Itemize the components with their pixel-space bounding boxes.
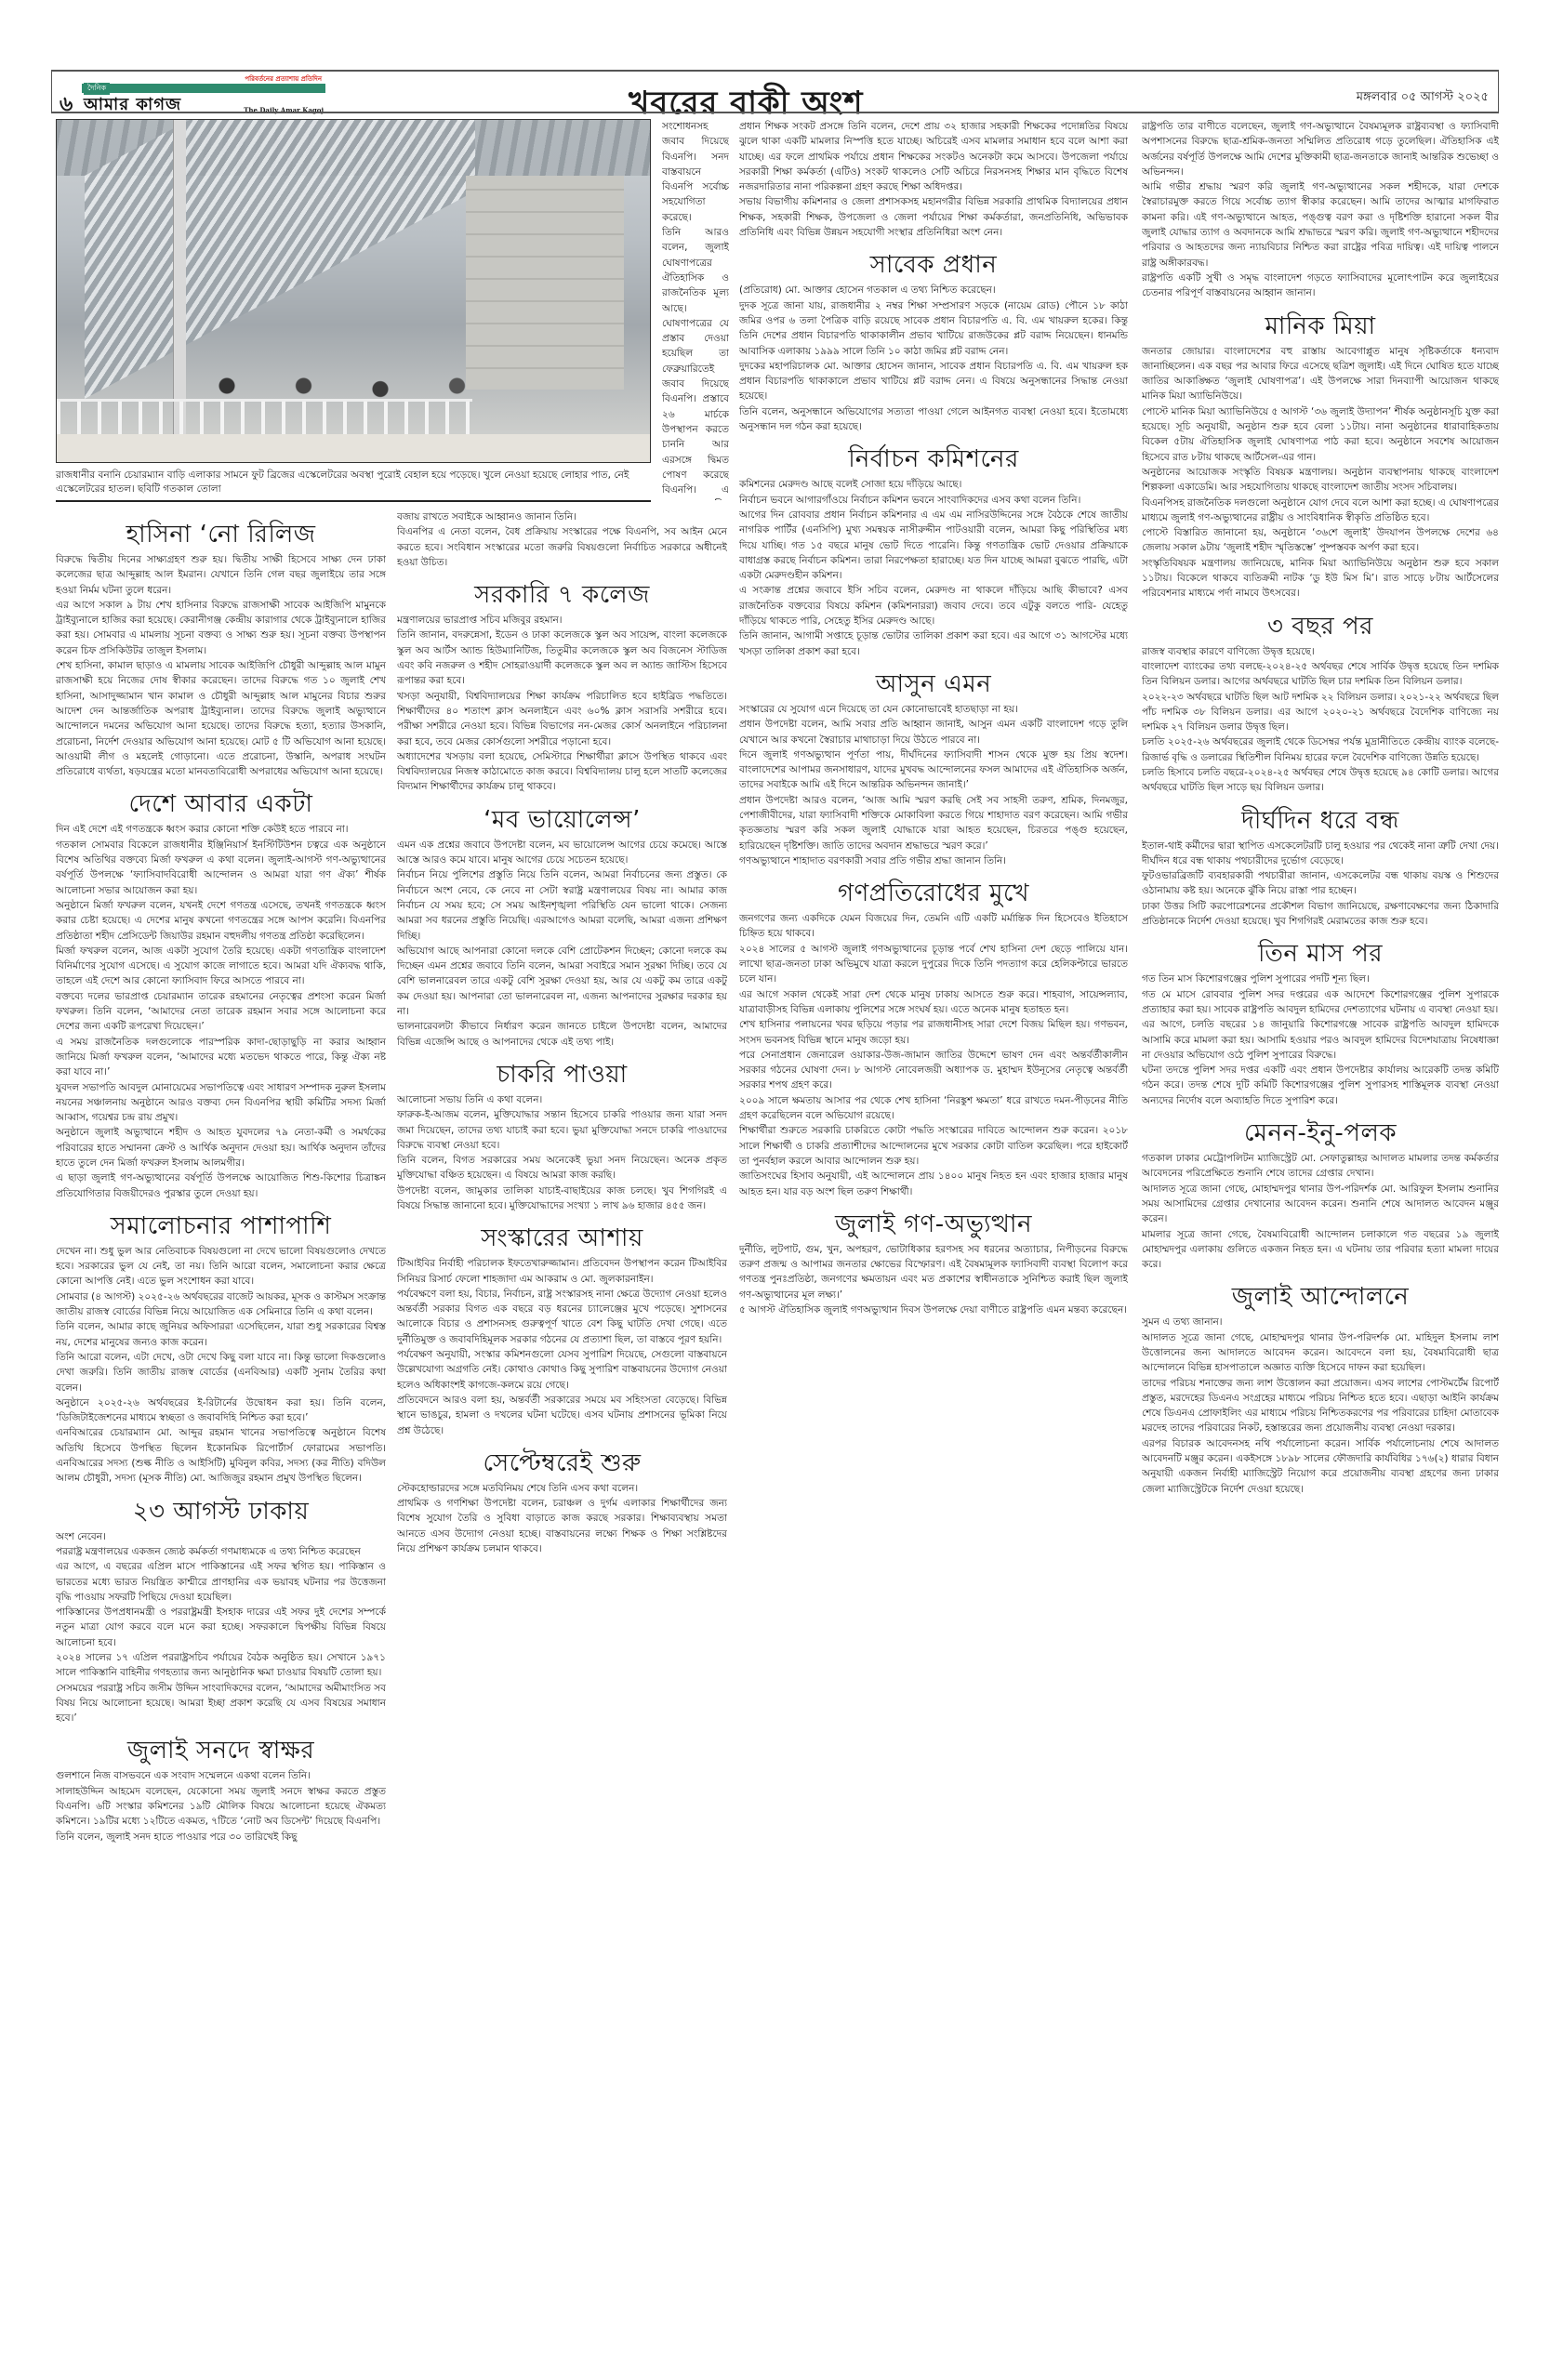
article-paragraph: (প্রতিরোধ) মো. আক্তার হোসেন গতকাল এ তথ্য… (739, 283, 1128, 297)
article-subheading: সরকারি ৭ কলেজ (397, 579, 727, 611)
article-paragraph: এ ছাড়া জুলাই গণ-অভ্যুত্থানের বর্ষপূর্তি… (56, 1170, 386, 1201)
article-paragraph: ফারুক-ই-আজম বলেন, মুক্তিযোদ্ধার সন্তান হ… (397, 1107, 727, 1153)
article-subheading: ‘মব ভায়োলেন্স’ (397, 804, 727, 836)
article-paragraph: সভায় বিভাগীয় কমিশনার ও জেলা প্রশাসকসহ … (739, 194, 1128, 240)
article-subheading: চাকরি পাওয়া (397, 1059, 727, 1091)
article-paragraph: রাষ্ট্রপতি তার বাণীতে বলেছেন, জুলাই গণ-অ… (1142, 119, 1499, 179)
article-paragraph: তিনি জানান, আগামী সপ্তাহে চূড়ান্ত ভোটার… (739, 628, 1128, 659)
article-paragraph: বিএনপিসহ রাজনৈতিক দলগুলো অনুষ্ঠানে যোগ দ… (1142, 496, 1499, 526)
article-paragraph: যুবদল সভাপতি আবদুল মোনায়েমের সভাপতিত্বে… (56, 1080, 386, 1126)
article-paragraph: পররাষ্ট্র মন্ত্রণালয়ের একজন জ্যেষ্ঠ কর্… (56, 1544, 386, 1559)
article-section: গণপ্রতিরোধের মুখেজনগণের জন্য একদিকে যেমন… (739, 878, 1128, 1199)
article-paragraph: অনুষ্ঠানের আয়োজক সংস্কৃতি বিষয়ক মন্ত্র… (1142, 465, 1499, 496)
article-subheading: মেনন-ইনু-পলক (1142, 1117, 1499, 1149)
article-paragraph: অংশ নেবেন। (56, 1529, 386, 1544)
article-paragraph: অনুষ্ঠানে ২০২৫-২৬ অর্থবছরের ই-রিটার্নের … (56, 1395, 386, 1426)
article-paragraph: পরে সেনাপ্রধান জেনারেল ওয়াকার-উজ-জামান … (739, 1048, 1128, 1093)
masthead: ৬ দৈনিক পরিবর্তনের প্রত্যাশায় প্রতিদিন … (51, 70, 1499, 112)
article-paragraph: দুদকের মহাপরিচালক মো. আক্তার হোসেন জানান… (739, 359, 1128, 404)
article-paragraph: এর আগে, চলতি বছরের ১৪ জানুয়ারি কিশোরগঞ্… (1142, 1017, 1499, 1063)
article-paragraph: মন্ত্রণালয়ের ভারপ্রাপ্ত সচিব মজিবুর রহম… (397, 613, 727, 628)
article-section: সরকারি ৭ কলেজমন্ত্রণালয়ের ভারপ্রাপ্ত সচ… (397, 579, 727, 795)
article-section: দীর্ঘদিন ধরে বন্ধইতাল-থাই কর্মীদের দ্বার… (1142, 805, 1499, 930)
article-paragraph: জনতার জোয়ার। বাংলাদেশের বহু রাস্তায় আব… (1142, 344, 1499, 404)
article-paragraph: চলতি হিসাবে চলতি বছরে-২০২৪-২৫ অর্থবছর শে… (1142, 765, 1499, 796)
article-paragraph: সেসময়ের পররাষ্ট্র সচিব জসীম উদ্দিন সাংব… (56, 1681, 386, 1726)
article-subheading: হাসিনা ‘নো রিলিজ (56, 519, 386, 550)
article-paragraph: বক্তব্যে দলের ভারপ্রাপ্ত চেয়ারম্যান তার… (56, 989, 386, 1035)
article-section: হাসিনা ‘নো রিলিজবিরুদ্ধে দ্বিতীয় দিনের … (56, 519, 386, 779)
article-section: ৩ বছর পররাজস্ব ব্যবস্থার কারণে বাণিজ্যে … (1142, 611, 1499, 796)
article-section: আসুন এমনসংস্কারের যে সুযোগ এনে দিয়েছে ত… (739, 668, 1128, 868)
article-paragraph: সোমবার (৪ আগস্ট) ২০২৫-২৬ অর্থবছরের বাজেট… (56, 1289, 386, 1320)
article-paragraph: দুর্নীতি, লুটপাট, গুম, খুন, অপহরণ, ভোটাধ… (739, 1242, 1128, 1302)
article-subheading: গণপ্রতিরোধের মুখে (739, 878, 1128, 909)
article-paragraph: চলতি ২০২৫-২৬ অর্থবছরের জুলাই থেকে ডিসেম্… (1142, 734, 1499, 765)
article-paragraph: দিন এই দেশে এই গণতন্ত্রকে ধ্বংস করার কোন… (56, 822, 386, 837)
article-paragraph: তিনি বলেন, অনুসন্ধানে অভিযোগের সত্যতা পা… (739, 404, 1128, 435)
article-paragraph: এমন এক প্রশ্নের জবাবে উপদেষ্টা বলেন, মব … (397, 838, 727, 868)
article-paragraph: মামলার সূত্রে জানা গেছে, বৈষম্যবিরোধী আন… (1142, 1227, 1499, 1273)
article-paragraph: পাকিস্তানের উপপ্রধানমন্ত্রী ও পররাষ্ট্রম… (56, 1605, 386, 1650)
article-paragraph: স্টেকহোল্ডারদের সঙ্গে মতবিনিময় শেষে তিন… (397, 1481, 727, 1496)
article-paragraph: প্রধান উপদেষ্টা বলেন, আমি সবার প্রতি আহ্… (739, 717, 1128, 747)
article-section: ২৩ আগস্ট ঢাকায়অংশ নেবেন।পররাষ্ট্র মন্ত্… (56, 1496, 386, 1726)
article-paragraph: অনুষ্ঠানে মির্জা ফখরুল বলেন, যখনই দেশে গ… (56, 898, 386, 944)
article-paragraph: পর্যবেক্ষণে বলা হয়, বিচার, নির্বাচন, রা… (397, 1287, 727, 1347)
column-2-beside-photo: সংশোধনসহ জবাব দিয়েছে বিএনপি। সনদ বাস্তব… (662, 119, 729, 500)
article-subheading: সেপ্টেম্বরেই শুরু (397, 1448, 727, 1479)
article-paragraph: প্রতিবেদনে আরও বলা হয়, অন্তর্বর্তী সরকা… (397, 1393, 727, 1438)
article-section: জুলাই গণ-অভ্যুত্থানদুর্নীতি, লুটপাট, গুম… (739, 1209, 1128, 1317)
article-section: মেনন-ইনু-পলকগতকাল ঢাকার মেট্রোপলিটন ম্যা… (1142, 1117, 1499, 1272)
article-paragraph: গতকাল সোমবার বিকেলে রাজধানীর ইঞ্জিনিয়ার… (56, 838, 386, 898)
article-paragraph: তিনি বলেন, আমার কাছে জুনিয়র অফিসাররা এস… (56, 1319, 386, 1350)
article-subheading: নির্বাচন কমিশনের (739, 443, 1128, 475)
article-paragraph: ঢাকা উত্তর সিটি করপোরেশনের প্রকৌশল বিভাগ… (1142, 899, 1499, 930)
header-rule (51, 112, 1499, 113)
article-paragraph: নির্বাচন ভবনে আগারগাঁওয়ে নির্বাচন কমিশন… (739, 493, 1128, 508)
article-paragraph: পোস্টে বিস্তারিত জানানো হয়, অনুষ্ঠানে ‘… (1142, 525, 1499, 556)
article-paragraph: এরপর বিচারক আবেদনসহ নথি পর্যালোচনা করেন।… (1142, 1436, 1499, 1497)
article-paragraph: আগের দিন রোববার প্রধান নির্বাচন কমিশনার … (739, 508, 1128, 583)
page-date: মঙ্গলবার ০৫ আগস্ট ২০২৫ (1357, 88, 1489, 108)
article-paragraph: নির্বাচন নিয়ে পুলিশের প্রস্তুতি নিয়ে ত… (397, 867, 727, 943)
page-number: ৬ (60, 88, 73, 123)
article-subheading: সাবেক প্রধান (739, 249, 1128, 281)
article-paragraph: অনুষ্ঠানে জুলাই অভ্যুত্থানে শহীদ ও আহত য… (56, 1125, 386, 1170)
article-paragraph: তিনি বলেন, জুলাই সনদ হাতে পাওয়ার পরে ৩০… (56, 1830, 386, 1844)
article-section: সাবেক প্রধান(প্রতিরোধ) মো. আক্তার হোসেন … (739, 249, 1128, 434)
article-subheading: সংস্কারের আশায় (397, 1223, 727, 1254)
article-paragraph: রাজস্ব ব্যবস্থার কারণে বাণিজ্যে উদ্বৃত্ত… (1142, 644, 1499, 659)
article-paragraph: টিআইবির নির্বাহী পরিচালক ইফতেখারুজ্জামান… (397, 1256, 727, 1287)
article-subheading: জুলাই আন্দোলনে (1142, 1281, 1499, 1313)
article-subheading: আসুন এমন (739, 668, 1128, 700)
article-section: সংস্কারের আশায়টিআইবির নির্বাহী পরিচালক … (397, 1223, 727, 1438)
article-section: মানিক মিয়াজনতার জোয়ার। বাংলাদেশের বহু … (1142, 311, 1499, 602)
article-paragraph: বিরুদ্ধে দ্বিতীয় দিনের সাক্ষ্যগ্রহণ শুর… (56, 552, 386, 598)
article-paragraph: বাংলাদেশ ব্যাংকের তথ্য বলছে-২০২৪-২৫ অর্থ… (1142, 659, 1499, 690)
article-paragraph: আমি গভীর শ্রদ্ধায় স্মরণ করি জুলাই গণ-অভ… (1142, 179, 1499, 271)
article-paragraph: সুমন এ তথ্য জানান। (1142, 1315, 1499, 1329)
article-paragraph: আলোচনা সভায় তিনি এ কথা বলেন। (397, 1092, 727, 1107)
article-paragraph: ভালনারেবলটা কীভাবে নির্ধারণ করেন জানতে চ… (397, 1019, 727, 1050)
column-2: বজায় রাখতে সবাইকে আহ্বানও জানান তিনি।বি… (397, 509, 727, 2369)
article-paragraph: সালাহউদ্দিন আহমেদ বলেছেন, যেকোনো সময় জু… (56, 1784, 386, 1830)
article-subheading: ২৩ আগস্ট ঢাকায় (56, 1496, 386, 1527)
article-section: জুলাই সনদে স্বাক্ষরগুলশানে নিজ বাসভবনে এ… (56, 1735, 386, 1844)
article-paragraph: আদালত সূত্রে জানা গেছে, মোহাম্মদপুর থানা… (1142, 1330, 1499, 1376)
column-3: প্রধান শিক্ষক সংকট প্রসঙ্গে তিনি বলেন, দ… (739, 119, 1128, 2350)
article-paragraph: গণঅভ্যুত্থানে শাহাদাত বরণকারী সবার প্রতি… (739, 853, 1128, 868)
article-paragraph: এ সংক্রান্ত প্রশ্নের জবাবে ইসি সচিব বলেন… (739, 583, 1128, 628)
article-paragraph: গত মে মাসে রোববার পুলিশ সদর দপ্তরের এক আ… (1142, 987, 1499, 1018)
article-paragraph: অধ্যাদেশের খসড়ায় বলা হয়েছে, সেমিস্টার… (397, 749, 727, 795)
article-paragraph: উপদেষ্টা বলেন, জামুকার তালিকা যাচাই-বাছা… (397, 1183, 727, 1214)
article-paragraph: সংশোধনসহ জবাব দিয়েছে বিএনপি। সনদ বাস্তব… (662, 119, 729, 225)
article-paragraph: খসড়া অনুযায়ী, বিশ্ববিদ্যালয়ের শিক্ষা … (397, 689, 727, 749)
article-paragraph: ২০২২-২৩ অর্থবছরে ঘাটতি ছিল আট দশমিক ২২ ব… (1142, 690, 1499, 735)
article-paragraph: দুদক সূত্রে জানা যায়, রাজধানীর ২ নম্বর … (739, 298, 1128, 359)
article-paragraph: তিনি বলেন, বিগত সরকারের সময় অনেকেই ভুয়… (397, 1153, 727, 1183)
article-subheading: দীর্ঘদিন ধরে বন্ধ (1142, 805, 1499, 837)
article-paragraph: এনবিআরের চেয়ারম্যান মো. আব্দুর রহমান খা… (56, 1425, 386, 1486)
article-section: নির্বাচন কমিশনেরকমিশনের মেরুদণ্ড আছে বলে… (739, 443, 1128, 659)
article-paragraph: ২০২৪ সালের ১৭ এপ্রিল পররাষ্ট্রসচিব পর্যা… (56, 1650, 386, 1681)
article-section: রাষ্ট্রপতি তার বাণীতে বলেছেন, জুলাই গণ-অ… (1142, 119, 1499, 301)
article-paragraph: দিনে জুলাই গণঅভ্যুত্থান পূর্ণতা পায়, দী… (739, 747, 1128, 793)
photo-caption: রাজধানীর বনানি চেয়ারম্যান বাড়ি এলাকার … (56, 469, 651, 502)
article-paragraph: রাষ্ট্রপতি একটি সুখী ও সমৃদ্ধ বাংলাদেশ গ… (1142, 271, 1499, 301)
article-subheading: মানিক মিয়া (1142, 311, 1499, 342)
article-section: তিন মাস পরগত তিন মাস কিশোরগঞ্জের পুলিশ স… (1142, 938, 1499, 1108)
article-paragraph: ২০০৯ সালে ক্ষমতায় আসার পর থেকে শেখ হাসি… (739, 1093, 1128, 1124)
article-paragraph: প্রাথমিক ও গণশিক্ষা উপদেষ্টা বলেন, চরাঞ্… (397, 1496, 727, 1556)
article-section: বজায় রাখতে সবাইকে আহ্বানও জানান তিনি।বি… (397, 509, 727, 570)
article-paragraph: এর আগে সকাল থেকেই সারা দেশ থেকে মানুষ ঢা… (739, 987, 1128, 1018)
article-paragraph: মির্জা ফখরুল বলেন, আজ একটা সুযোগ তৈরি হয… (56, 944, 386, 989)
article-paragraph: শেখ হাসিনার পলায়নের খবর ছড়িয়ে পড়ার প… (739, 1017, 1128, 1048)
article-paragraph: এর আগে সকাল ৯ টায় শেখ হাসিনার বিরুদ্ধে … (56, 598, 386, 658)
article-paragraph: গতকাল ঢাকার মেট্রোপলিটন ম্যাজিস্ট্রেট মো… (1142, 1151, 1499, 1182)
article-paragraph: বিএনপির এ নেতা বলেন, বৈধ প্রক্রিয়ায় সং… (397, 524, 727, 570)
article-paragraph: তিনি জানান, বদরুন্নেসা, ইডেন ও ঢাকা কলেজ… (397, 628, 727, 688)
article-paragraph: জনগণের জন্য একদিকে যেমন বিজয়ের দিন, তেম… (739, 911, 1128, 942)
article-paragraph: গুলশানে নিজ বাসভবনে এক সংবাদ সম্মেলনে এক… (56, 1768, 386, 1783)
article-paragraph: দেখেন না। শুধু ভুল আর নেতিবাচক বিষয়গুলো… (56, 1244, 386, 1289)
logo-name: আমার কাগজ (84, 91, 181, 120)
article-subheading: সমালোচনার পাশাপাশি (56, 1210, 386, 1242)
article-paragraph: গত তিন মাস কিশোরগঞ্জের পুলিশ সুপারের পদট… (1142, 972, 1499, 986)
article-paragraph: এর আগে, এ বছরের এপ্রিল মাসে পাকিস্তানের … (56, 1559, 386, 1605)
news-photo-escalator (56, 119, 651, 463)
article-subheading: দেশে আবার একটা (56, 788, 386, 820)
newspaper-logo: দৈনিক পরিবর্তনের প্রত্যাশায় প্রতিদিন আম… (82, 76, 324, 112)
column-1: হাসিনা ‘নো রিলিজবিরুদ্ধে দ্বিতীয় দিনের … (56, 509, 386, 2369)
article-paragraph: কমিশনের মেরুদণ্ড আছে বলেই সোজা হয়ে দাঁড… (739, 477, 1128, 492)
article-section: জুলাই আন্দোলনেসুমন এ তথ্য জানান।আদালত সূ… (1142, 1281, 1499, 1497)
article-section: প্রধান শিক্ষক সংকট প্রসঙ্গে তিনি বলেন, দ… (739, 119, 1128, 240)
article-paragraph: অভিযোগ আছে আপনারা কোনো দলকে বেশি প্রোটেক… (397, 944, 727, 1019)
article-paragraph: ৫ আগস্ট ঐতিহাসিক জুলাই গণঅভ্যুত্থান দিবস… (739, 1302, 1128, 1317)
article-paragraph: আদালত সূত্রে জানা গেছে, মোহাম্মদপুর থানা… (1142, 1182, 1499, 1227)
article-paragraph: তাদের পরিচয় শনাক্তের জন্য লাশ উত্তোলন ক… (1142, 1376, 1499, 1436)
article-section: সমালোচনার পাশাপাশিদেখেন না। শুধু ভুল আর … (56, 1210, 386, 1487)
article-paragraph: পোস্টে মানিক মিয়া অ্যাভিনিউয়ে ৫ আগস্ট … (1142, 404, 1499, 465)
article-subheading: জুলাই গণ-অভ্যুত্থান (739, 1209, 1128, 1240)
article-subheading: জুলাই সনদে স্বাক্ষর (56, 1735, 386, 1766)
article-paragraph: ২০২৪ সালের ৫ আগস্ট জুলাই গণঅভ্যুত্থানের … (739, 942, 1128, 987)
article-paragraph: শিক্ষার্থীরা শুরুতে সরকারি চাকরিতে কোটা … (739, 1123, 1128, 1169)
article-subheading: ৩ বছর পর (1142, 611, 1499, 642)
article-paragraph: বজায় রাখতে সবাইকে আহ্বানও জানান তিনি। (397, 509, 727, 524)
article-paragraph: সংস্কারের যে সুযোগ এনে দিয়েছে তা যেন কো… (739, 702, 1128, 717)
column-4: রাষ্ট্রপতি তার বাণীতে বলেছেন, জুলাই গণ-অ… (1142, 119, 1499, 2350)
article-paragraph: জাতিসংঘের হিসাব অনুযায়ী, এই আন্দোলনে প্… (739, 1169, 1128, 1199)
article-paragraph: তিনি আরো বলেন, এটা দেখে, ওটা দেখে কিছু ব… (56, 1350, 386, 1395)
article-paragraph: ঘটনা তদন্তে পুলিশ সদর দপ্তর একটি এবং প্র… (1142, 1063, 1499, 1108)
article-section: ‘মব ভায়োলেন্স’এমন এক প্রশ্নের জবাবে উপদ… (397, 804, 727, 1050)
article-section: চাকরি পাওয়াআলোচনা সভায় তিনি এ কথা বলেন… (397, 1059, 727, 1213)
article-paragraph: এ সময় রাজনৈতিক দলগুলোকে পারস্পরিক কাদা-… (56, 1035, 386, 1080)
article-paragraph: তিনি আরও বলেন, জুলাই ঘোষণাপত্রের ঐতিহাসি… (662, 225, 729, 500)
logo-tagline: পরিবর্তনের প্রত্যাশায় প্রতিদিন (245, 73, 322, 85)
article-paragraph: ফুটওভারব্রিজটি ব্যবহারকারী পথচারীরা জানা… (1142, 868, 1499, 899)
article-paragraph: প্রধান উপদেষ্টা আরও বলেন, ‘আজ আমি স্মরণ … (739, 793, 1128, 853)
article-paragraph: সংস্কৃতিবিষয়ক মন্ত্রণালয় জানিয়েছে, মা… (1142, 556, 1499, 602)
article-paragraph: প্রধান শিক্ষক সংকট প্রসঙ্গে তিনি বলেন, দ… (739, 119, 1128, 194)
article-section: দেশে আবার একটাদিন এই দেশে এই গণতন্ত্রকে … (56, 788, 386, 1200)
article-paragraph: শেখ হাসিনা, কামাল ছাড়াও এ মামলায় সাবেক… (56, 658, 386, 779)
article-subheading: তিন মাস পর (1142, 938, 1499, 970)
article-paragraph: পর্যবেক্ষণ অনুযায়ী, সংস্কার কমিশনগুলো য… (397, 1347, 727, 1393)
article-paragraph: ইতাল-থাই কর্মীদের দ্বারা স্থাপিত এসকেলেট… (1142, 839, 1499, 869)
article-section: সেপ্টেম্বরেই শুরুস্টেকহোল্ডারদের সঙ্গে ম… (397, 1448, 727, 1556)
